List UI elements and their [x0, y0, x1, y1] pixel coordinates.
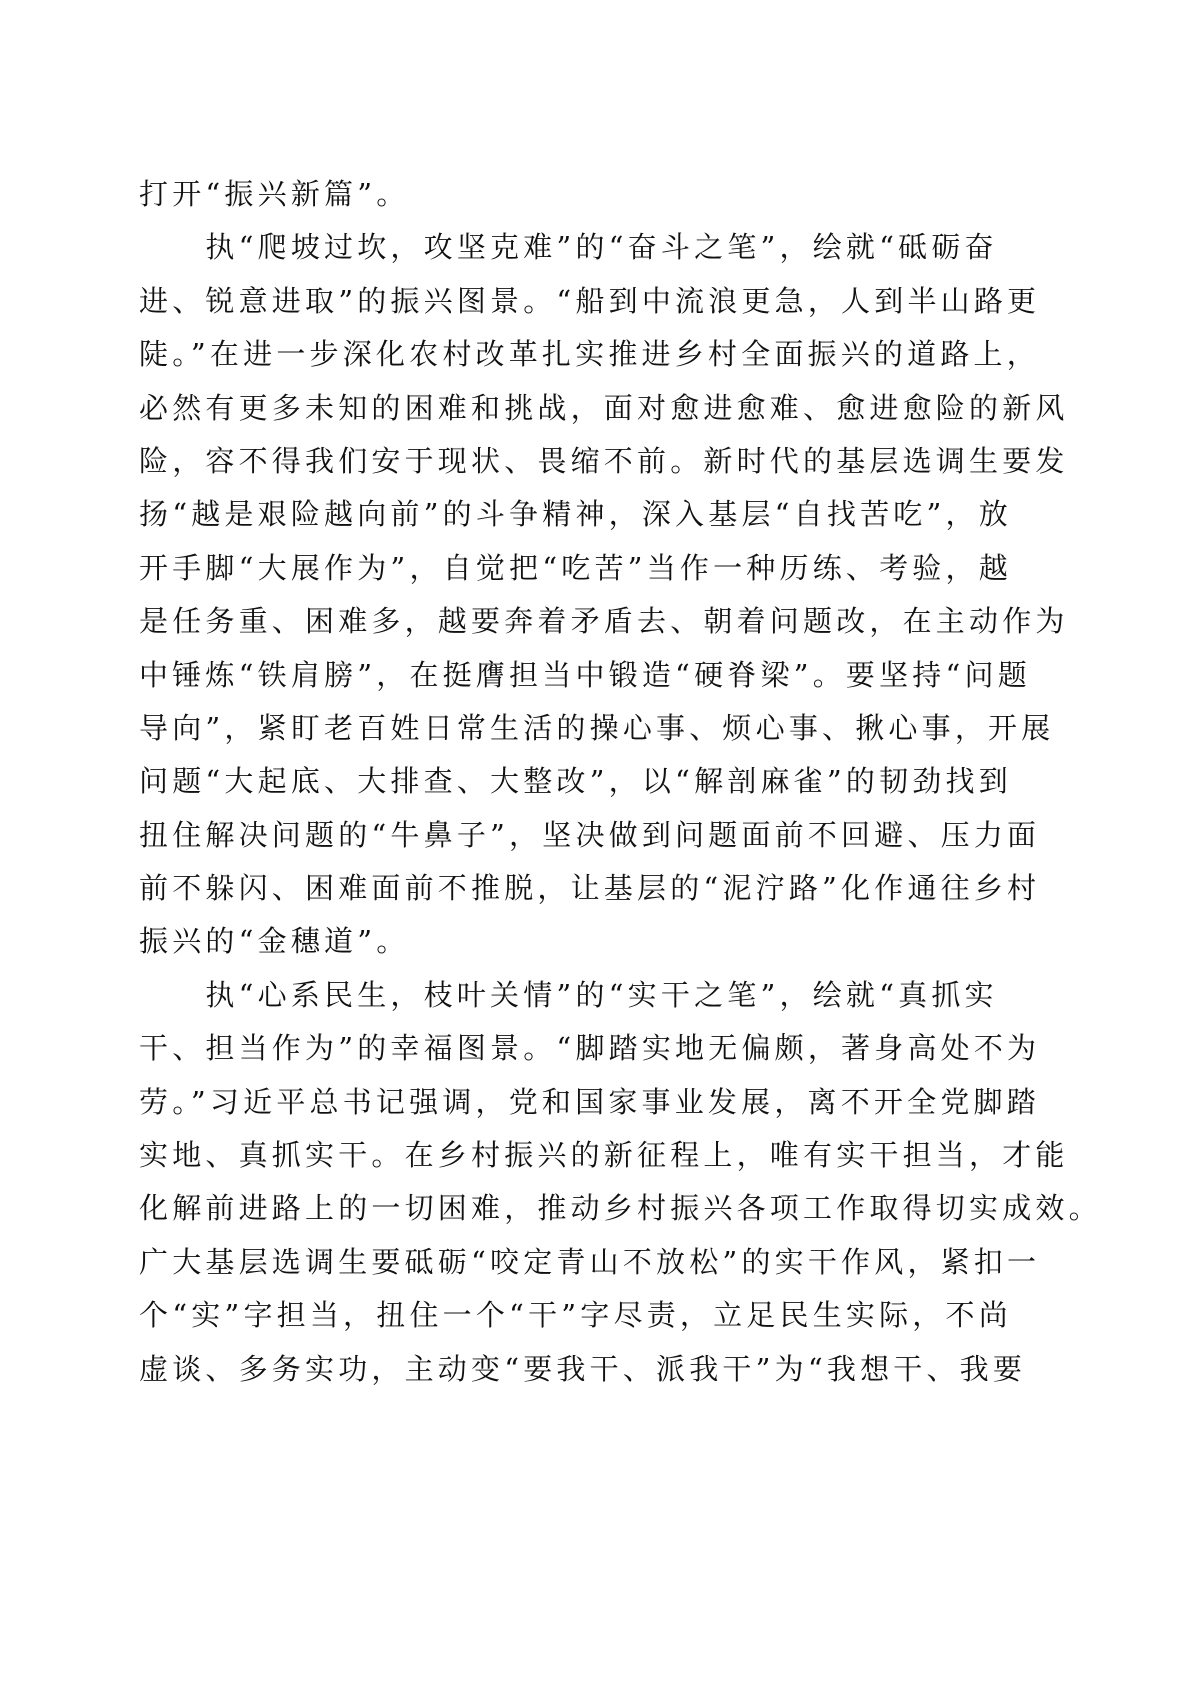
text-line: 导向”，紧盯老百姓日常生活的操心事、烦心事、揪心事，开展 — [139, 702, 1049, 755]
text-line: 扭住解决问题的“牛鼻子”，坚决做到问题面前不回避、压力面 — [139, 809, 1049, 862]
text-line: 虚谈、多务实功，主动变“要我干、派我干”为“我想干、我要 — [139, 1343, 1049, 1396]
text-line: 开手脚“大展作为”，自觉把“吃苦”当作一种历练、考验，越 — [139, 542, 1049, 595]
document-page: 打开“振兴新篇”。 执“爬坡过坎，攻坚克难”的“奋斗之笔”，绘就“砥砺奋 进、锐… — [0, 0, 1190, 1683]
text-line: 劳。”习近平总书记强调，党和国家事业发展，离不开全党脚踏 — [139, 1076, 1049, 1129]
text-line: 扬“越是艰险越向前”的斗争精神，深入基层“自找苦吃”，放 — [139, 488, 1049, 541]
text-line: 打开“振兴新篇”。 — [139, 168, 1049, 221]
text-line: 执“心系民生，枝叶关情”的“实干之笔”，绘就“真抓实 — [139, 969, 1049, 1022]
text-line: 问题“大起底、大排查、大整改”，以“解剖麻雀”的韧劲找到 — [139, 755, 1049, 808]
text-line: 振兴的“金穗道”。 — [139, 915, 1049, 968]
text-line: 广大基层选调生要砥砺“咬定青山不放松”的实干作风，紧扣一 — [139, 1236, 1049, 1289]
text-line: 个“实”字担当，扭住一个“干”字尽责，立足民生实际，不尚 — [139, 1289, 1049, 1342]
text-line: 进、锐意进取”的振兴图景。“船到中流浪更急，人到半山路更 — [139, 275, 1049, 328]
text-line: 中锤炼“铁肩膀”，在挺膺担当中锻造“硬脊梁”。要坚持“问题 — [139, 649, 1049, 702]
text-line: 险，容不得我们安于现状、畏缩不前。新时代的基层选调生要发 — [139, 435, 1049, 488]
text-line: 必然有更多未知的困难和挑战，面对愈进愈难、愈进愈险的新风 — [139, 382, 1049, 435]
text-line: 执“爬坡过坎，攻坚克难”的“奋斗之笔”，绘就“砥砺奋 — [139, 221, 1049, 274]
text-line: 干、担当作为”的幸福图景。“脚踏实地无偏颇，著身高处不为 — [139, 1022, 1049, 1075]
text-line: 实地、真抓实干。在乡村振兴的新征程上，唯有实干担当，才能 — [139, 1129, 1049, 1182]
text-line: 陡。”在进一步深化农村改革扎实推进乡村全面振兴的道路上， — [139, 328, 1049, 381]
text-line: 化解前进路上的一切困难，推动乡村振兴各项工作取得切实成效。 — [139, 1182, 1049, 1235]
text-line: 前不躲闪、困难面前不推脱，让基层的“泥泞路”化作通往乡村 — [139, 862, 1049, 915]
body-text: 打开“振兴新篇”。 执“爬坡过坎，攻坚克难”的“奋斗之笔”，绘就“砥砺奋 进、锐… — [139, 168, 1049, 1396]
text-line: 是任务重、困难多，越要奔着矛盾去、朝着问题改，在主动作为 — [139, 595, 1049, 648]
